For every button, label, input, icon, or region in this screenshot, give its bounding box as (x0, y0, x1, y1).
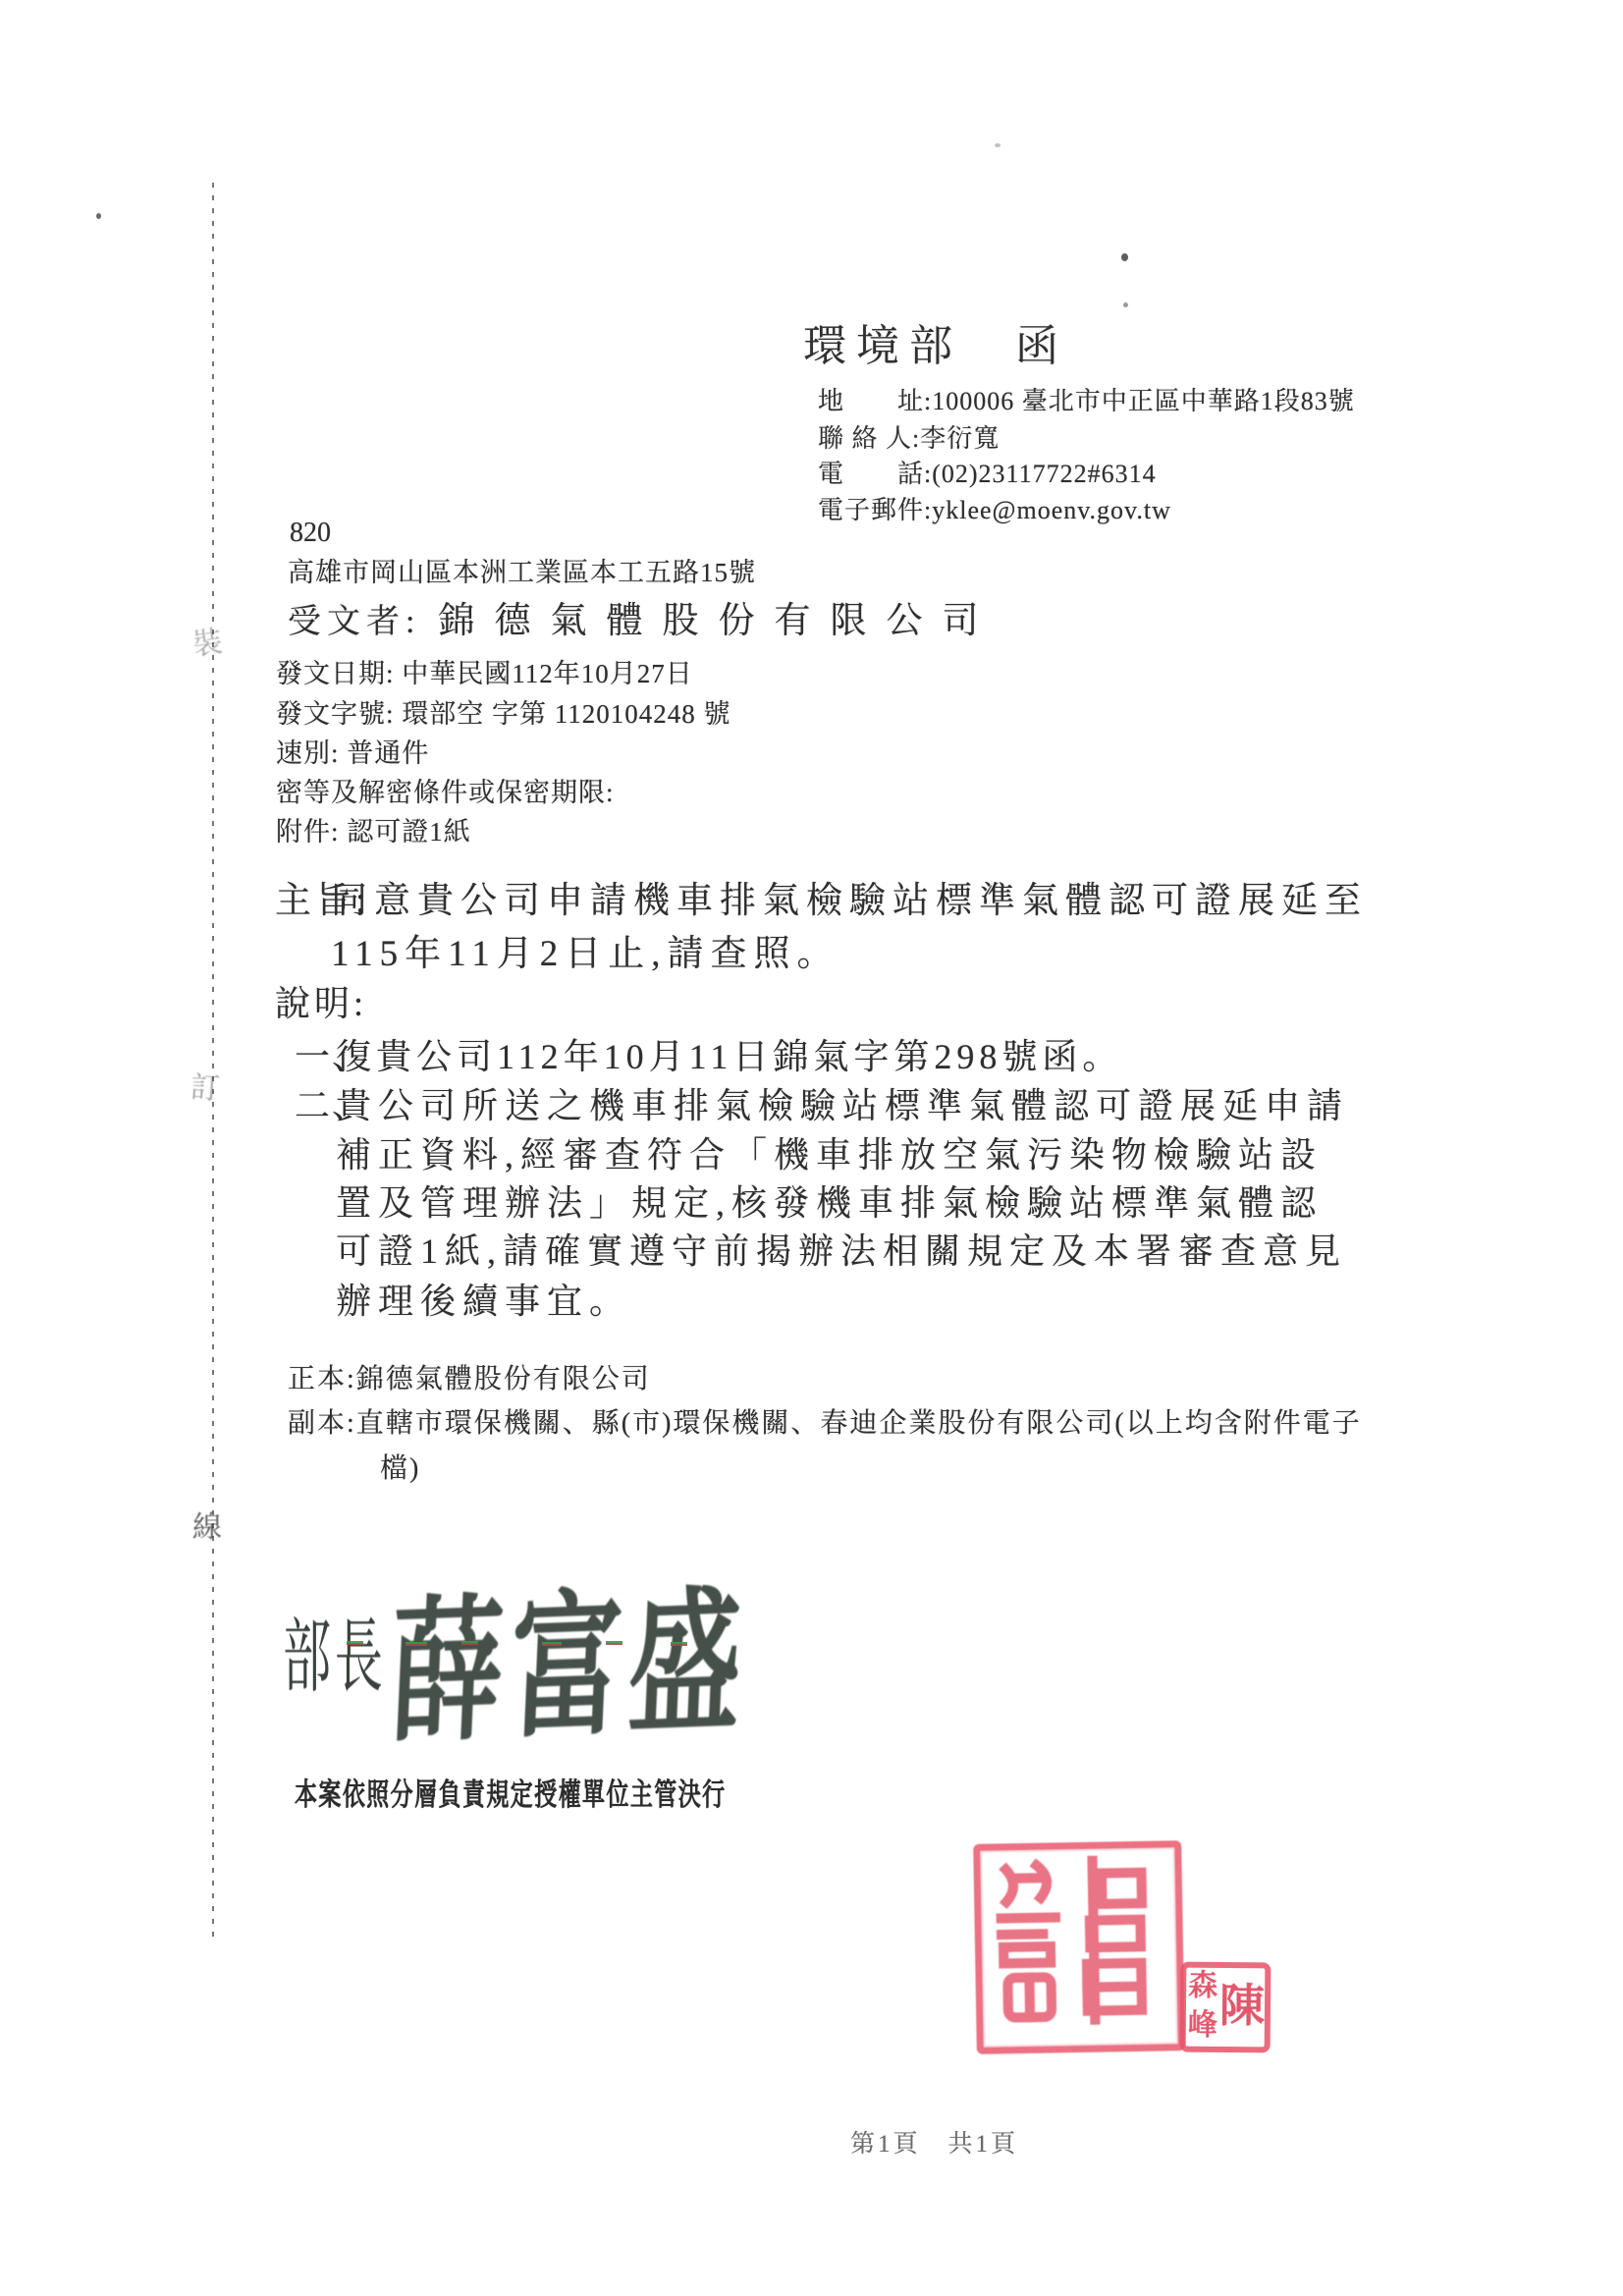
scan-speck (1123, 302, 1128, 307)
explanation-label: 說明: (275, 976, 367, 1026)
page-indicator: 第1頁 共1頁 (850, 2124, 1018, 2159)
attachment-line: 附件: 認可證1紙 (276, 810, 471, 848)
doc-number-line: 發文字號: 環部空 字第 1120104248 號 (276, 692, 731, 731)
recipient-label: 受文者: (288, 594, 420, 642)
explanation-item2-line-1: 貴公司所送之機車排氣檢驗站標準氣體認可證展延申請 (336, 1078, 1349, 1128)
binding-mark-zhuang: 裝 (189, 617, 225, 664)
scan-speck (995, 143, 1001, 147)
scan-artifact-dash (406, 1642, 427, 1646)
recipient-postal-code: 820 (290, 518, 331, 549)
binding-dashed-line (212, 183, 214, 1941)
scan-artifact-dash (606, 1641, 622, 1645)
agency-title: 環境部 函 (803, 310, 1068, 373)
subject-line-1: 同意貴公司申請機車排氣檢驗站標準氣體認可證展延至 (331, 870, 1368, 923)
official-seal-small: 森 陳 峰 (1180, 1962, 1271, 2053)
cc-copy-line-1: 副本:直轄市環保機關、縣(市)環保機關、春迪企業股份有限公司(以上均含附件電子 (288, 1401, 1362, 1441)
scan-artifact-dash (461, 1641, 478, 1645)
agency-address-line: 地 址:100006 臺北市中正區中華路1段83號 (818, 381, 1355, 417)
binding-mark-ding: 訂 (189, 1063, 222, 1108)
cc-copy-line-2: 檔) (380, 1447, 420, 1486)
issue-date-line: 發文日期: 中華民國112年10月27日 (276, 652, 693, 690)
binding-mark-xian: 線 (192, 1503, 222, 1546)
scan-speck (1121, 253, 1128, 261)
scanned-letter-page: 裝 訂 線 環境部 函 地 址:100006 臺北市中正區中華路1段83號 聯 … (0, 0, 1623, 2296)
recipient-address: 高雄市岡山區本洲工業區本工五路15號 (288, 551, 756, 589)
agency-phone-line: 電 話:(02)23117722#6314 (818, 454, 1157, 490)
scan-artifact-dash (542, 1642, 562, 1646)
agency-email-line: 電子郵件:yklee@moenv.gov.tw (818, 490, 1171, 526)
minister-title: 部長 (283, 1593, 387, 1708)
agency-contact-person-line: 聯 絡 人:李衍寬 (818, 418, 1000, 455)
seal-char-sen: 森 (1186, 1968, 1219, 2007)
seal-char-chen: 陳 (1219, 1968, 1266, 2047)
scan-artifact-dash (671, 1642, 687, 1646)
explanation-item1-text: 復貴公司112年10月11日錦氣字第298號函。 (336, 1029, 1122, 1079)
seal-char-feng: 峰 (1186, 2007, 1219, 2047)
explanation-item2-line-2: 補正資料,經審查符合「機車排放空氣污染物檢驗站設 (336, 1127, 1323, 1177)
subject-line-2: 115年11月2日止,請查照。 (331, 923, 840, 976)
minister-signature: 薛富盛 (387, 1537, 754, 1773)
recipient-row: 受文者: 錦德氣體股份有限公司 (288, 590, 998, 643)
scan-speck (96, 213, 101, 219)
classification-line: 密等及解密條件或保密期限: (276, 771, 615, 809)
scan-artifact-dash (347, 1641, 363, 1645)
official-seal-large (973, 1840, 1185, 2054)
priority-line: 速別: 普通件 (276, 732, 429, 770)
original-copy-line: 正本:錦德氣體股份有限公司 (288, 1357, 651, 1396)
explanation-item2-line-3: 置及管理辦法」規定,核發機車排氣檢驗站標準氣體認 (336, 1175, 1323, 1226)
delegation-note: 本案依照分層負責規定授權單位主管決行 (295, 1770, 727, 1814)
recipient-name: 錦德氣體股份有限公司 (438, 590, 998, 643)
explanation-item2-line-5: 辦理後續事宜。 (336, 1274, 631, 1324)
seal-script-strokes (980, 1848, 1163, 2034)
explanation-item2-line-4: 可證1紙,請確實遵守前揭辦法相關規定及本署審查意見 (336, 1224, 1347, 1274)
